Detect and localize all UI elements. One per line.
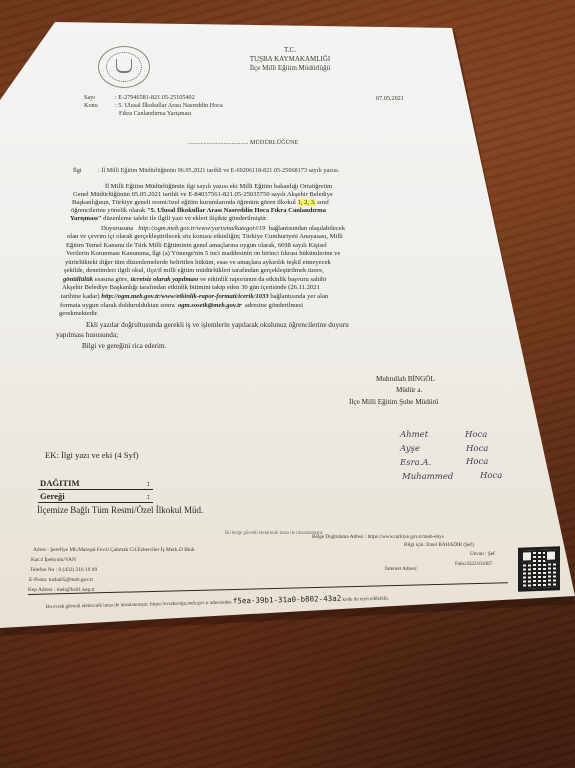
handwritten-name-4: Muhammed <box>402 472 453 482</box>
konu-value: : 5. Ulusal İlkokullar Arası Nasreddin H… <box>115 102 223 109</box>
internet-address: İnternet Adresi: <box>385 566 417 572</box>
kategori-link[interactable]: http://ogm.meb.gov.tr/www/yarisma/katego… <box>138 225 265 232</box>
p1-line5: Yarışması" düzenleme talebi ile ilgili y… <box>70 216 267 223</box>
handwritten-title-4: Hoca <box>480 471 502 481</box>
info-contact: Bilgi için: Emel BAHADIR (Şef) <box>404 542 474 548</box>
p2-line10: formata uygun olarak doldurulduktan sonr… <box>60 303 303 310</box>
p1-line3: Başkanlığının, Türkiye geneli resmi/özel… <box>72 200 329 207</box>
header-tc: T.C. <box>230 46 350 54</box>
email-link[interactable]: ogm.sosetk@meb.gov.tr <box>178 302 242 309</box>
konu-value-line2: Fıkra Canlandırma Yarışması <box>119 110 191 117</box>
p2-line3: Eğitim Temel Kanunu ile Türk Milli Eğiti… <box>66 243 327 250</box>
fax-number: Faks:4322161007 <box>455 561 492 567</box>
meb-emblem-icon <box>98 46 150 88</box>
p1-line4: öğrencilerine yönelik olarak "5. Ulusal … <box>71 208 326 215</box>
signatory-name: Muhtullah BİNGÖL <box>376 376 435 383</box>
p2-line8: Akşehir Belediye Başkanlığı tarafından e… <box>62 285 320 292</box>
footer-address-line2: Kat:4 İpekyolu/VAN <box>31 557 76 563</box>
p3-line1: Ekli yazılar doğrultusunda gerekli iş ve… <box>86 322 349 329</box>
signatory-title1: Müdür a. <box>396 387 422 394</box>
grade-highlight: 1, 2, 3. <box>298 199 316 206</box>
gereği-rule <box>38 502 153 503</box>
handwritten-name-1: Ahmet <box>400 430 428 440</box>
p2-line5: yürürlükteki diğer tüm düzenlemelerde be… <box>65 260 331 267</box>
distribution-recipient: İlçemize Bağlı Tüm Resmi/Özel İlkokul Mü… <box>37 505 203 515</box>
verify-address: Belge Doğrulama Adresi : https://www.tur… <box>312 534 444 540</box>
footer-address-line1: Adres : Şerefiye Mh.Mareşal Fevzi Çakmak… <box>33 547 195 553</box>
rapor-link[interactable]: http://ogm.meb.gov.tr/www/etkinlik-rapor… <box>101 293 268 300</box>
distribution-rule <box>38 489 153 490</box>
footer-rule <box>28 582 508 595</box>
p2-line9: tarihine kadar) http://ogm.meb.gov.tr/ww… <box>61 294 328 301</box>
p2-line2: olan ve çevrim içi olarak gerçekleştiril… <box>67 234 343 241</box>
p1-line1: İl Milli Eğitim Müdürlüğünün ilgi sayılı… <box>105 184 332 191</box>
footer-email: E-Posta: tusba65@meb.gov.tr <box>29 577 93 583</box>
esign-note: Bu belge güvenli elektronik imza ile imz… <box>225 531 323 536</box>
p2-line7: gönüllülük esasına göre, ücretsiz olarak… <box>63 277 326 284</box>
handwritten-name-3: Esra.A. <box>400 458 431 468</box>
footer-phone: Telefon No : 0 (432) 216 10 09 <box>30 567 97 573</box>
signatory-title2: İlçe Milli Eğitim Şube Müdürü <box>349 399 438 406</box>
handwritten-title-2: Hoca <box>466 444 488 454</box>
p2-line1: Duyurusuna http://ogm.meb.gov.tr/www/yar… <box>101 226 345 233</box>
header-mudurluk: İlçe Milli Eğitim Müdürlüğü <box>200 64 380 72</box>
distribution-colon: : <box>147 478 150 488</box>
qr-code-icon <box>518 546 560 591</box>
handwritten-title-1: Hoca <box>465 430 487 440</box>
addressee: ....................................... … <box>188 139 298 146</box>
sayi-label: Sayı <box>84 94 95 101</box>
handwritten-title-3: Hoca <box>466 457 488 467</box>
ilgi-text: : İl Milli Eğitim Müdürlüğünün 06.05.202… <box>98 167 339 174</box>
verification-line: Bu evrak güvenli elektronik imza ile imz… <box>46 593 389 610</box>
header-kaymakamlik: TUŞBA KAYMAKAMLIĞI <box>200 55 380 63</box>
attachment-note: EK: İlgi yazı ve eki (4 Syf) <box>45 450 139 460</box>
sayi-value: : E-27946581-821.05-25105402 <box>115 94 195 101</box>
p2-line11: gerekmektedir. <box>59 311 98 318</box>
distribution-title: DAĞITIM <box>40 478 80 488</box>
p2-line4: Verilerin Korunması Kanununa, ilgi (a) Y… <box>66 251 340 258</box>
gereği-colon: : <box>147 491 150 501</box>
ilgi-label: İlgi <box>73 167 82 174</box>
konu-label: Konu <box>84 102 98 109</box>
p3-line3: Bilgi ve gereğini rica ederim. <box>82 343 166 350</box>
p1-line2: Genel Müdürlüğünün 05.05.2021 tarihli ve… <box>73 192 333 199</box>
handwritten-name-2: Ayşe <box>400 444 420 454</box>
p3-line2: yapılması hususunda; <box>56 332 118 339</box>
gereği-label: Gereği <box>40 491 65 501</box>
p2-line6: şekilde, denetimleri ilgili okul, ilçe/i… <box>64 268 324 275</box>
verification-code: f5ea-39b1-31a0-b802-43a2 <box>233 594 342 606</box>
info-unvan: Unvan : Şef <box>470 551 495 557</box>
document-content: T.C. TUŞBA KAYMAKAMLIĞI İlçe Milli Eğiti… <box>0 0 575 768</box>
document-date: 07.05.2021 <box>376 95 404 102</box>
